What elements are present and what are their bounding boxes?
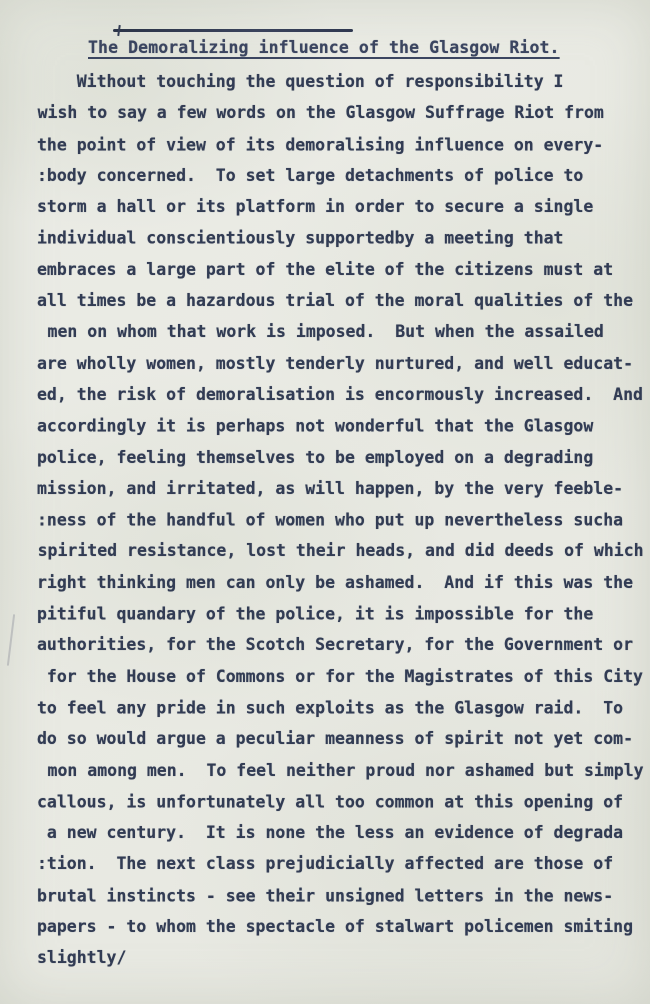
text-line: a new century. It is none the less an ev… [37,817,643,848]
text-line: :body concerned. To set large detachment… [37,160,643,191]
text-line: storm a hall or its platform in order to… [37,191,643,222]
heading-rule [113,29,353,32]
text-line: :ness of the handful of women who put up… [37,505,643,536]
text-line: :tion. The next class prejudicially affe… [37,848,643,879]
text-line: do so would argue a peculiar meanness of… [37,723,643,754]
pencil-mark [7,614,15,666]
text-line: police, feeling themselves to be employe… [37,442,643,473]
text-line: mission, and irritated, as will happen, … [37,473,643,504]
text-line: Without touching the question of respons… [37,66,643,97]
text-line: papers - to whom the spectacle of stalwa… [37,911,643,942]
text-line: pitiful quandary of the police, it is im… [37,598,643,629]
document-body: Without touching the question of respons… [37,66,643,974]
text-line: the point of view of its demoralising in… [37,129,643,160]
text-line: slightly/ [37,942,643,973]
text-line: accordingly it is perhaps not wonderful … [37,411,643,442]
text-line: callous, is unfortunately all too common… [37,786,643,817]
text-line: all times be a hazardous trial of the mo… [37,285,643,316]
text-line: spirited resistance, lost their heads, a… [38,535,644,566]
text-line: are wholly women, mostly tenderly nurtur… [37,348,643,379]
text-line: individual conscientiously supportedby a… [37,223,643,254]
text-line: to feel any pride in such exploits as th… [37,692,643,723]
text-line: for the House of Commons or for the Magi… [37,661,643,692]
text-line: brutal instincts - see their unsigned le… [37,880,643,911]
text-line: embraces a large part of the elite of th… [37,254,643,285]
text-line: right thinking men can only be ashamed. … [37,567,643,598]
text-line: men on whom that work is imposed. But wh… [38,316,644,347]
text-line: authorities, for the Scotch Secretary, f… [37,629,643,660]
text-line: ed, the risk of demoralisation is encorm… [37,379,643,410]
text-line: mon among men. To feel neither proud nor… [38,755,644,786]
document-title: The Demoralizing influence of the Glasgo… [88,38,560,57]
text-line: wish to say a few words on the Glasgow S… [38,97,644,128]
typewritten-page: The Demoralizing influence of the Glasgo… [0,0,650,1004]
